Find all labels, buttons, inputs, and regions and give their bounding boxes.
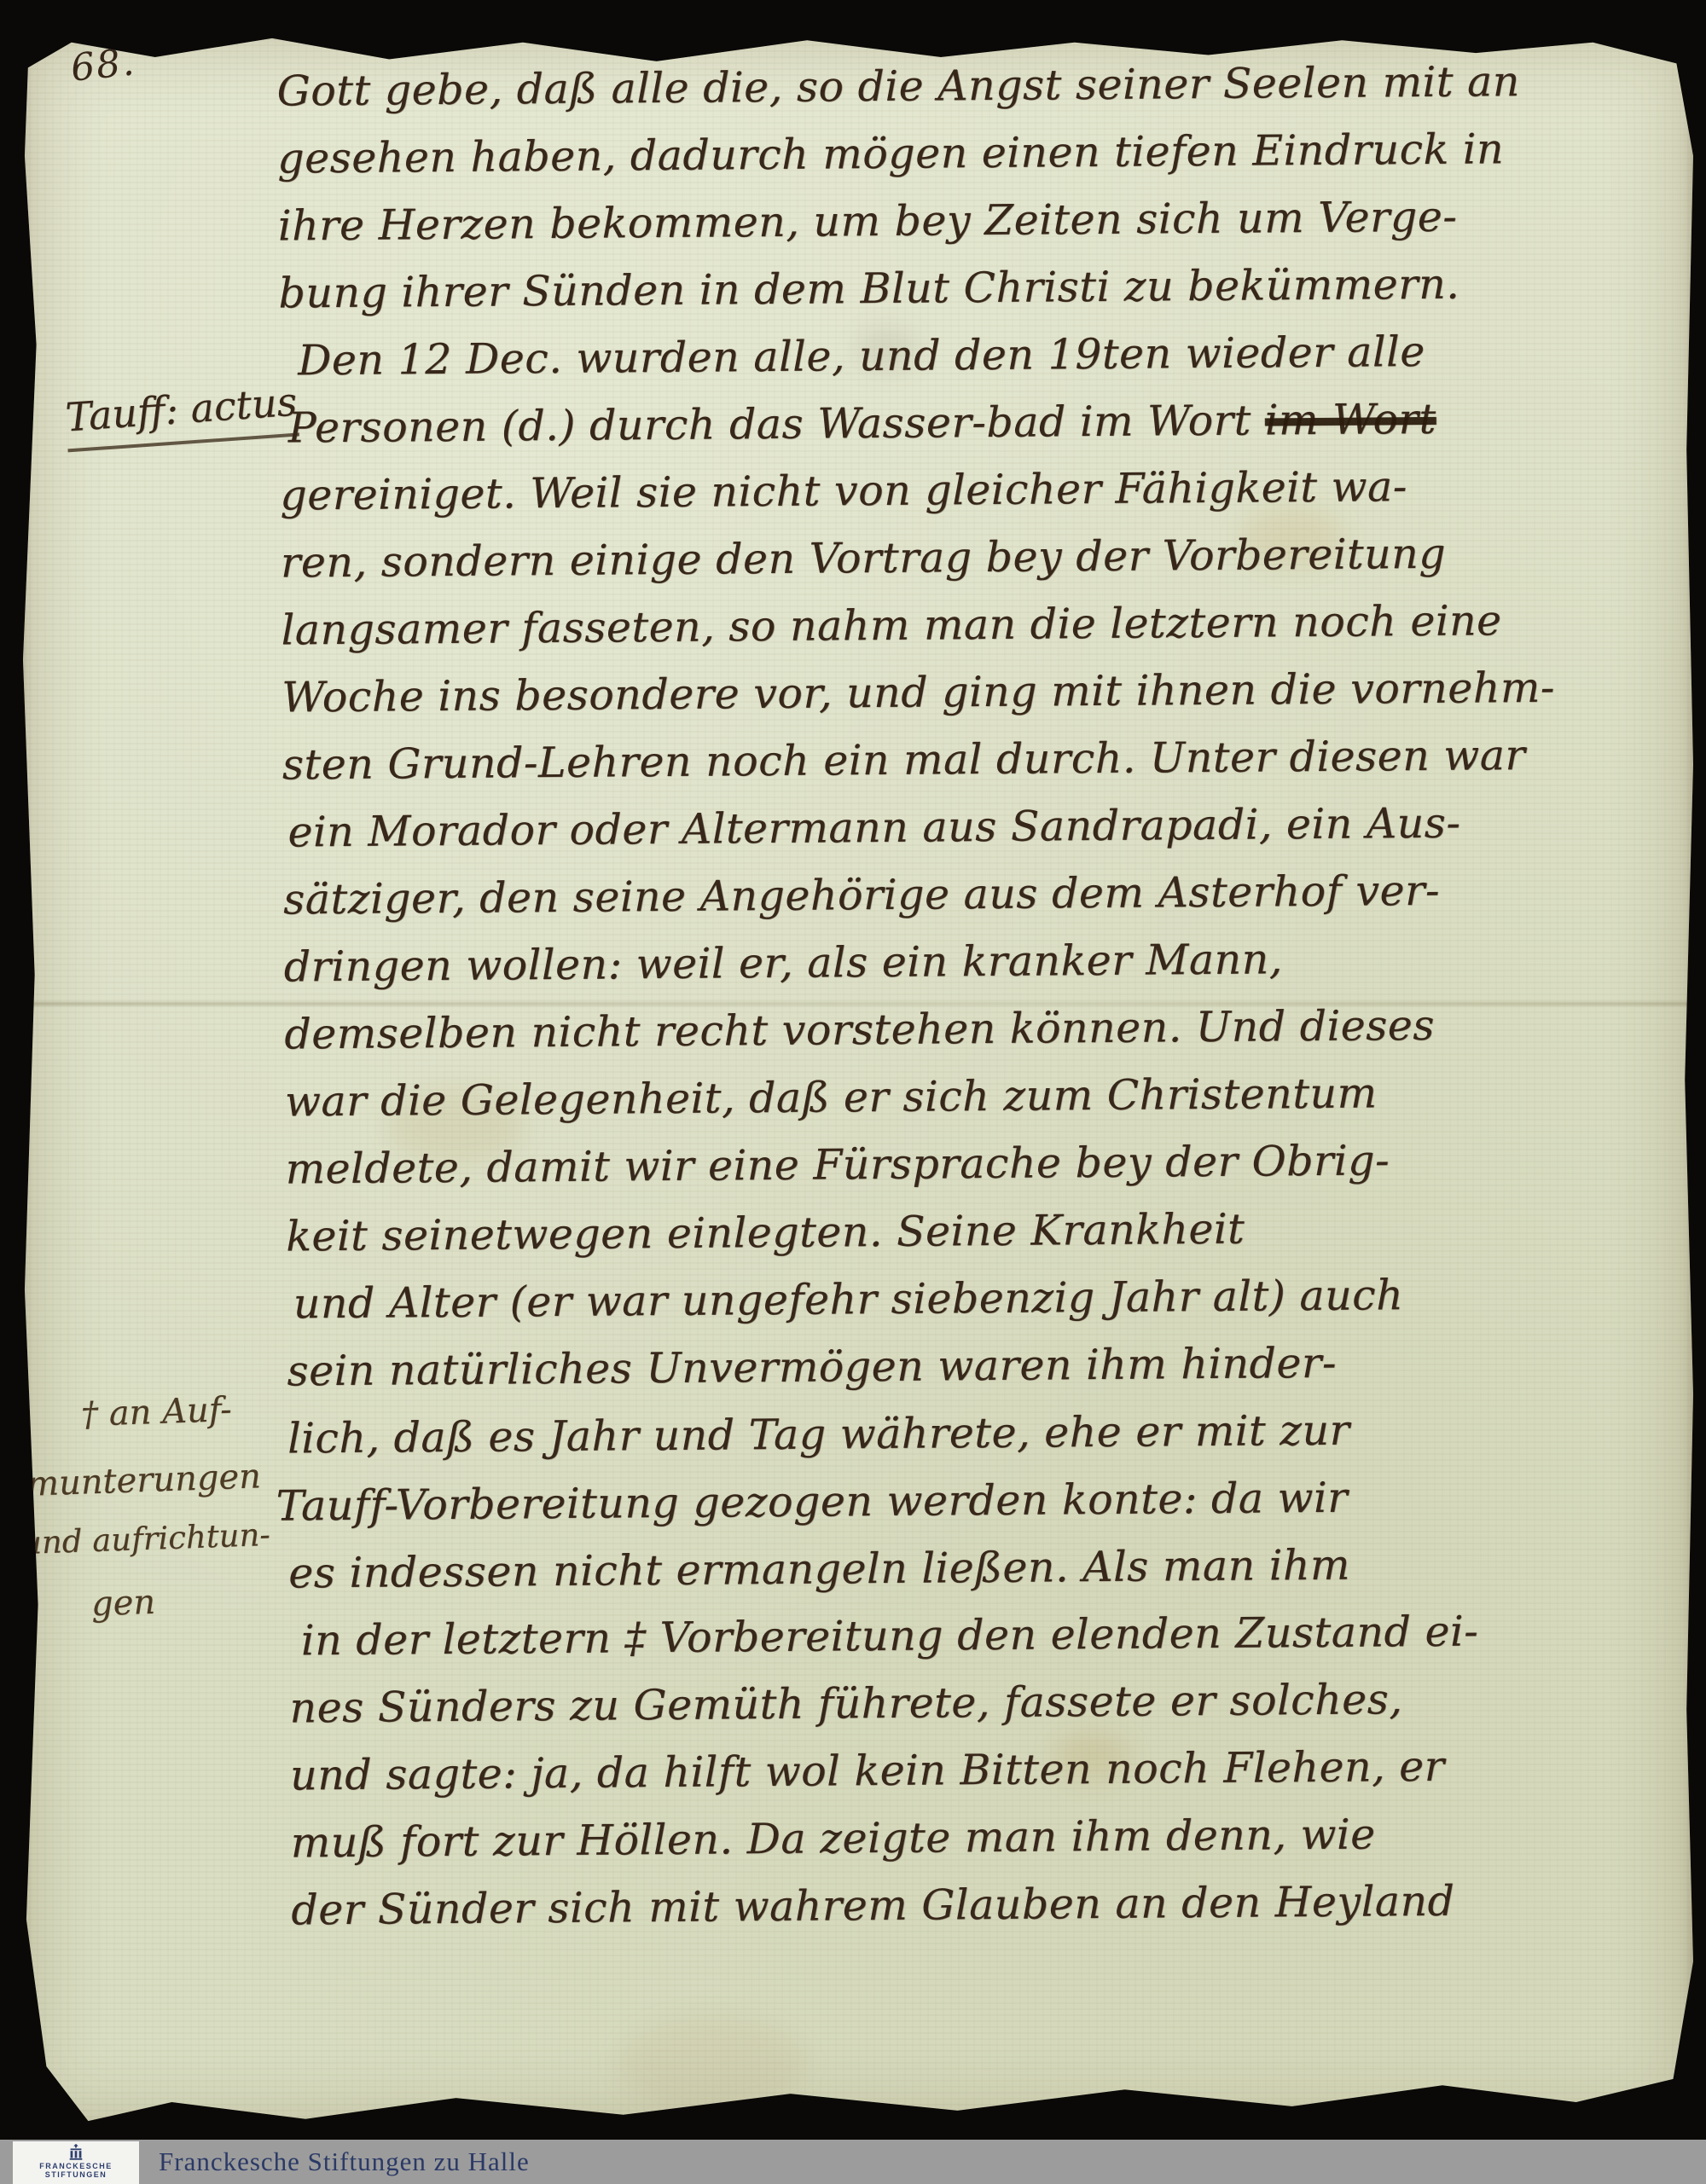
manuscript-line: nes Sünders zu Gemüth führete, fassete e… — [289, 1663, 1697, 1741]
archive-watermark-bar: FRANCKESCHE STIFTUNGEN Franckesche Stift… — [0, 2140, 1706, 2184]
manuscript-line: langsamer fasseten, so nahm man die letz… — [281, 586, 1689, 664]
manuscript-line: ihre Herzen bekommen, um bey Zeiten sich… — [278, 182, 1686, 260]
logo-text-line1: FRANCKESCHE — [39, 2162, 113, 2170]
manuscript-line: meldete, damit wir eine Fürsprache bey d… — [285, 1125, 1693, 1203]
manuscript-line: lich, daß es Jahr und Tag währete, ehe e… — [287, 1394, 1696, 1473]
manuscript-line: der Sünder sich mit wahrem Glauben an de… — [291, 1865, 1699, 1944]
manuscript-line: muß fort zur Höllen. Da zeigte man ihm d… — [290, 1798, 1698, 1876]
struck-out-words: im Wort — [1265, 395, 1436, 445]
manuscript-line: Gott gebe, daß alle die, so die Angst se… — [276, 47, 1685, 125]
manuscript-line-text: Personen (d.) durch das Wasser-bad im Wo… — [288, 396, 1265, 452]
manuscript-paper-sheet: 68. Tauff: actus † an Auf- munterungen u… — [21, 30, 1693, 2129]
page-number: 68. — [69, 40, 138, 90]
manuscript-line: sätziger, den seine Angehörige aus dem A… — [283, 855, 1691, 934]
manuscript-line: ren, sondern einige den Vortrag bey der … — [281, 518, 1689, 597]
manuscript-line: war die Gelegenheit, daß er sich zum Chr… — [285, 1057, 1693, 1136]
margin-note-line: und aufrichtun- — [20, 1516, 270, 1561]
manuscript-line: bung ihrer Sünden in dem Blut Christi zu… — [278, 249, 1686, 327]
franckesche-stiftungen-logo: FRANCKESCHE STIFTUNGEN — [13, 2141, 139, 2184]
manuscript-line: in der letztern ‡ Vorbereitung den elend… — [301, 1596, 1697, 1674]
manuscript-line: und sagte: ja, da hilft wol kein Bitten … — [290, 1730, 1698, 1809]
manuscript-line: gesehen haben, dadurch mögen einen tiefe… — [277, 114, 1686, 193]
manuscript-line: Woche ins besondere vor, und ging mit ih… — [281, 653, 1690, 732]
manuscript-line: und Alter (er war ungefehr siebenzig Jah… — [293, 1260, 1695, 1338]
manuscript-line: Tauff-Vorbereitung gezogen werden konte:… — [276, 1462, 1696, 1540]
eagle-emblem-icon — [67, 2143, 85, 2162]
scanned-manuscript-page: { "page": { "background_color": "#0b0907… — [0, 0, 1706, 2184]
manuscript-line: ein Morador oder Altermann aus Sandrapad… — [287, 788, 1691, 866]
manuscript-line: Den 12 Dec. wurden alle, und den 19ten w… — [298, 316, 1687, 395]
manuscript-line: sten Grund-Lehren noch ein mal durch. Un… — [282, 721, 1691, 799]
manuscript-line: dringen wollen: weil er, als ein kranker… — [283, 923, 1691, 1001]
archive-name-label: Franckesche Stiftungen zu Halle — [159, 2146, 530, 2177]
manuscript-text-body: Gott gebe, daß alle die, so die Angst se… — [276, 47, 1698, 1944]
manuscript-line: sein natürliches Unvermögen waren ihm hi… — [287, 1327, 1695, 1405]
logo-text-line2: STIFTUNGEN — [45, 2170, 107, 2179]
manuscript-line-with-strikethrough: Personen (d.) durch das Wasser-bad im Wo… — [287, 384, 1687, 462]
ink-stain — [618, 2017, 806, 2111]
manuscript-line: es indessen nicht ermangeln ließen. Als … — [288, 1529, 1697, 1608]
manuscript-line: gereiniget. Weil sie nicht von gleicher … — [280, 451, 1688, 530]
margin-note-line: † an Auf- — [80, 1390, 232, 1434]
margin-note-baptism-act: Tauff: actus — [64, 379, 299, 453]
manuscript-line: keit seinetwegen einlegten. Seine Krankh… — [286, 1192, 1694, 1271]
margin-note-line: gen — [90, 1583, 156, 1625]
margin-note-line: munterungen — [26, 1457, 261, 1504]
manuscript-line: demselben nicht recht vorstehen können. … — [284, 990, 1692, 1069]
